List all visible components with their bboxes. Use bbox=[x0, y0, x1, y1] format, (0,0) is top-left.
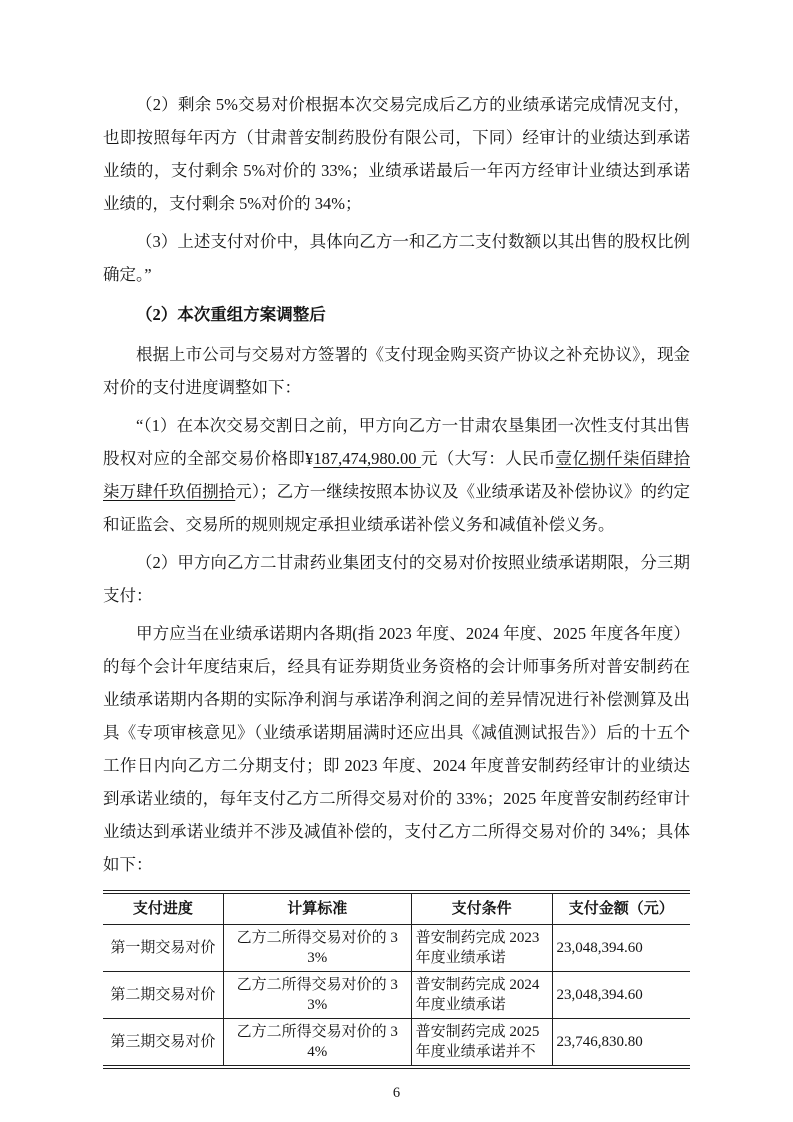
cell-progress: 第二期交易对价 bbox=[103, 972, 223, 1019]
paragraph-performance-period: 甲方应当在业绩承诺期内各期(指 2023 年度、2024 年度、2025 年度各… bbox=[103, 617, 690, 881]
paragraph-three-installments: （2）甲方向乙方二甘肃药业集团支付的交易对价按照业绩承诺期限，分三期支付： bbox=[103, 546, 690, 612]
cell-condition: 普安制药完成 2025 年度业绩承诺并不 bbox=[411, 1019, 552, 1066]
table-row-installment-1: 第一期交易对价 乙方二所得交易对价的 33% 普安制药完成 2023 年度业绩承… bbox=[103, 925, 690, 972]
document-page: （2）剩余 5%交易对价根据本次交易完成后乙方的业绩承诺完成情况支付，也即按照每… bbox=[0, 0, 793, 1122]
cell-condition: 普安制药完成 2023 年度业绩承诺 bbox=[411, 925, 552, 972]
cell-amount: 23,048,394.60 bbox=[552, 972, 690, 1019]
section-heading-after-adjustment: （2）本次重组方案调整后 bbox=[103, 298, 690, 331]
paragraph-allocation: （3）上述支付对价中，具体向乙方一和乙方二支付数额以其出售的股权比例确定。” bbox=[103, 225, 690, 291]
cell-amount: 23,048,394.60 bbox=[552, 925, 690, 972]
table-row-installment-3: 第三期交易对价 乙方二所得交易对价的 34% 普安制药完成 2025 年度业绩承… bbox=[103, 1019, 690, 1066]
paragraph-supplement-agreement: 根据上市公司与交易对方签署的《支付现金购买资产协议之补充协议》，现金对价的支付进… bbox=[103, 338, 690, 404]
table-header-row: 支付进度 计算标准 支付条件 支付金额（元） bbox=[103, 894, 690, 925]
cell-condition: 普安制药完成 2024 年度业绩承诺 bbox=[411, 972, 552, 1019]
table-header-calculation-standard: 计算标准 bbox=[223, 894, 411, 925]
table-header-payment-amount: 支付金额（元） bbox=[552, 894, 690, 925]
cell-standard: 乙方二所得交易对价的 33% bbox=[223, 972, 411, 1019]
paragraph-remaining-5pct: （2）剩余 5%交易对价根据本次交易完成后乙方的业绩承诺完成情况支付，也即按照每… bbox=[103, 88, 690, 220]
cell-standard: 乙方二所得交易对价的 33% bbox=[223, 925, 411, 972]
text-segment: 元（大写：人民币 bbox=[421, 449, 556, 468]
cell-progress: 第一期交易对价 bbox=[103, 925, 223, 972]
paragraph-lump-sum-payment: “（1）在本次交易交割日之前，甲方向乙方一甘肃农垦集团一次性支付其出售股权对应的… bbox=[103, 409, 690, 541]
table-row-installment-2: 第二期交易对价 乙方二所得交易对价的 33% 普安制药完成 2024 年度业绩承… bbox=[103, 972, 690, 1019]
cell-amount: 23,746,830.80 bbox=[552, 1019, 690, 1066]
table-header-payment-condition: 支付条件 bbox=[411, 894, 552, 925]
cell-progress: 第三期交易对价 bbox=[103, 1019, 223, 1066]
page-number: 6 bbox=[103, 1085, 690, 1102]
payment-schedule-table-wrapper: 支付进度 计算标准 支付条件 支付金额（元） 第一期交易对价 乙方二所得交易对价… bbox=[103, 890, 690, 1069]
table-header-payment-progress: 支付进度 bbox=[103, 894, 223, 925]
cell-standard: 乙方二所得交易对价的 34% bbox=[223, 1019, 411, 1066]
payment-schedule-table: 支付进度 计算标准 支付条件 支付金额（元） 第一期交易对价 乙方二所得交易对价… bbox=[103, 894, 690, 1065]
underlined-amount-numeric: 187,474,980.00 bbox=[313, 449, 421, 468]
